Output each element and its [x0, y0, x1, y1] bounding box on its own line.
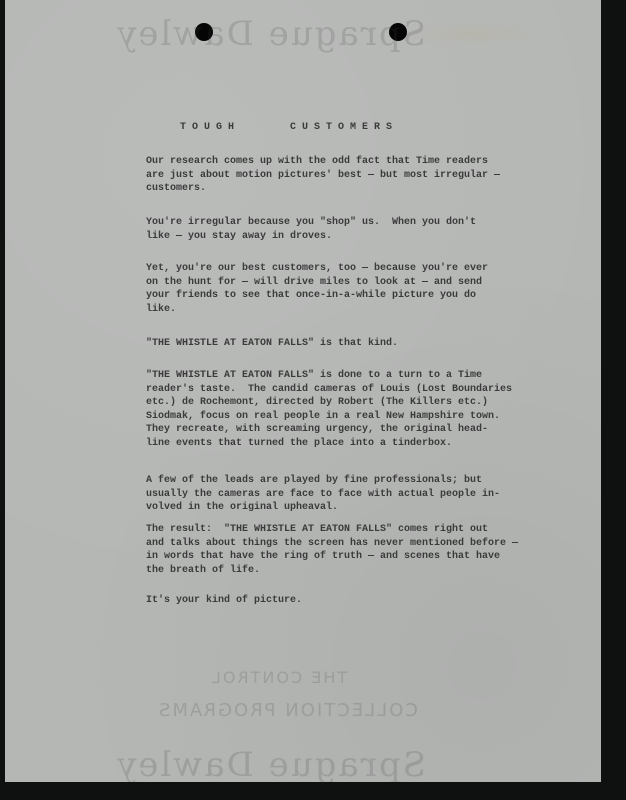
text-line: Our research comes up with the odd fact … — [146, 155, 500, 169]
bleed-through-text-middle-1: THE CONTROL — [210, 668, 347, 687]
paragraph-7: The result: "THE WHISTLE AT EATON FALLS"… — [146, 523, 518, 577]
text-line: You're irregular because you "shop" us. … — [146, 216, 476, 230]
title-word-1: TOUGH — [180, 122, 240, 133]
text-line: Siodmak, focus on real people in a real … — [146, 410, 512, 424]
text-line: "THE WHISTLE AT EATON FALLS" is that kin… — [146, 337, 398, 351]
paragraph-2: You're irregular because you "shop" us. … — [146, 216, 476, 243]
text-line: "THE WHISTLE AT EATON FALLS" is done to … — [146, 369, 512, 383]
text-line: like. — [146, 303, 488, 317]
text-line: Yet, you're our best customers, too — be… — [146, 262, 488, 276]
text-line: It's your kind of picture. — [146, 594, 302, 608]
bleed-through-text-middle-2: COLLECTION PROGRAMS — [157, 700, 418, 721]
text-line: They recreate, with screaming urgency, t… — [146, 423, 512, 437]
text-line: The result: "THE WHISTLE AT EATON FALLS"… — [146, 523, 518, 537]
paragraph-8: It's your kind of picture. — [146, 594, 302, 608]
text-line: usually the cameras are face to face wit… — [146, 488, 500, 502]
paragraph-6: A few of the leads are played by fine pr… — [146, 474, 500, 515]
paragraph-3: Yet, you're our best customers, too — be… — [146, 262, 488, 316]
text-line: like — you stay away in droves. — [146, 230, 476, 244]
paragraph-4: "THE WHISTLE AT EATON FALLS" is that kin… — [146, 337, 398, 351]
paragraph-5: "THE WHISTLE AT EATON FALLS" is done to … — [146, 369, 512, 450]
text-line: customers. — [146, 182, 500, 196]
text-line: are just about motion pictures' best — b… — [146, 169, 500, 183]
paragraph-1: Our research comes up with the odd fact … — [146, 155, 500, 196]
bleed-through-text-bottom: Sprague Dawley — [115, 745, 426, 782]
text-line: and talks about things the screen has ne… — [146, 537, 518, 551]
text-line: the breath of life. — [146, 564, 518, 578]
text-line: in words that have the ring of truth — a… — [146, 550, 518, 564]
text-line: on the hunt for — will drive miles to lo… — [146, 276, 488, 290]
document-title: TOUGHCUSTOMERS — [180, 122, 398, 133]
text-line: reader's taste. The candid cameras of Lo… — [146, 383, 512, 397]
text-line: volved in the original upheaval. — [146, 501, 500, 515]
paper-sheet: Sprague Dawley THE CONTROL COLLECTION PR… — [5, 0, 601, 782]
bleed-through-text-top: Sprague Dawley — [115, 14, 426, 54]
title-word-2: CUSTOMERS — [290, 122, 398, 133]
scanned-page-viewer: Sprague Dawley THE CONTROL COLLECTION PR… — [0, 0, 626, 800]
text-line: line events that turned the place into a… — [146, 437, 512, 451]
text-line: etc.) de Rochemont, directed by Robert (… — [146, 396, 512, 410]
text-line: your friends to see that once-in-a-while… — [146, 289, 488, 303]
text-line: A few of the leads are played by fine pr… — [146, 474, 500, 488]
